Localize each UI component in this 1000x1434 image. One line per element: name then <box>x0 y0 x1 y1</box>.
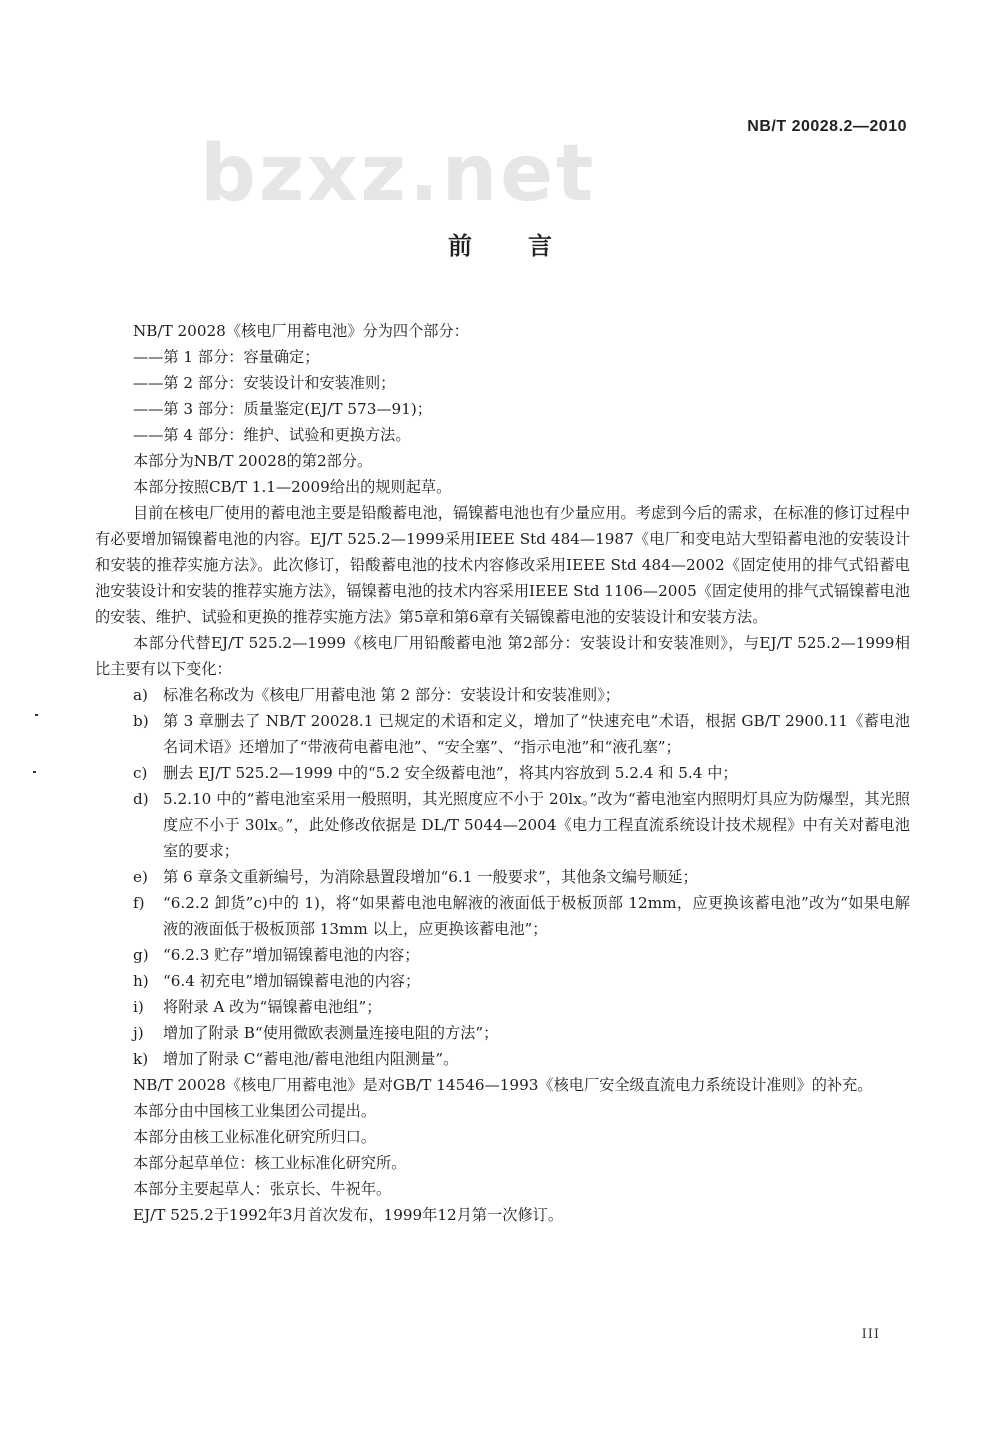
change-label: k) <box>133 1046 163 1072</box>
change-label: f) <box>133 890 163 942</box>
change-label: h) <box>133 968 163 994</box>
part-list-item: ——第 3 部分：质量鉴定(EJ/T 573—91)； <box>95 396 910 422</box>
change-item: a)标准名称改为《核电厂用蓄电池 第 2 部分：安装设计和安装准则》； <box>95 682 910 708</box>
title-char-1: 前 <box>448 226 472 261</box>
change-text: 标准名称改为《核电厂用蓄电池 第 2 部分：安装设计和安装准则》； <box>163 682 910 708</box>
change-label: d) <box>133 786 163 864</box>
change-item: i)将附录 A 改为“镉镍蓄电池组”； <box>95 994 910 1020</box>
change-text: 增加了附录 B“使用微欧表测量连接电阻的方法”； <box>163 1020 910 1046</box>
centralized-by: 本部分由核工业标准化研究所归口。 <box>95 1124 910 1150</box>
change-item: h)“6.4 初充电”增加镉镍蓄电池的内容； <box>95 968 910 994</box>
change-text: 删去 EJ/T 525.2—1999 中的“5.2 安全级蓄电池”，将其内容放到… <box>163 760 910 786</box>
change-label: e) <box>133 864 163 890</box>
standard-code: NB/T 20028.2—2010 <box>747 118 907 136</box>
change-item: c)删去 EJ/T 525.2—1999 中的“5.2 安全级蓄电池”，将其内容… <box>95 760 910 786</box>
change-item: g)“6.2.3 贮存”增加镉镍蓄电池的内容； <box>95 942 910 968</box>
drafting-unit: 本部分起草单位：核工业标准化研究所。 <box>95 1150 910 1176</box>
change-text: 5.2.10 中的“蓄电池室采用一般照明，其光照度应不小于 20lx。”改为“蓄… <box>163 786 910 864</box>
page-title: 前言 <box>0 226 1000 261</box>
change-text: 将附录 A 改为“镉镍蓄电池组”； <box>163 994 910 1020</box>
change-text: “6.2.2 卸货”c)中的 1)，将“如果蓄电池电解液的液面低于极板顶部 12… <box>163 890 910 942</box>
change-item: b)第 3 章删去了 NB/T 20028.1 已规定的术语和定义，增加了“快速… <box>95 708 910 760</box>
intro-paragraph: NB/T 20028《核电厂用蓄电池》分为四个部分： <box>95 318 910 344</box>
change-label: i) <box>133 994 163 1020</box>
change-item: j)增加了附录 B“使用微欧表测量连接电阻的方法”； <box>95 1020 910 1046</box>
change-label: a) <box>133 682 163 708</box>
this-part-paragraph: 本部分为NB/T 20028的第2部分。 <box>95 448 910 474</box>
history: EJ/T 525.2于1992年3月首次发布，1999年12月第一次修订。 <box>95 1202 910 1228</box>
change-item: e)第 6 章条文重新编号，为消除悬置段增加“6.1 一般要求”，其他条文编号顺… <box>95 864 910 890</box>
change-label: g) <box>133 942 163 968</box>
change-label: j) <box>133 1020 163 1046</box>
change-item: f)“6.2.2 卸货”c)中的 1)，将“如果蓄电池电解液的液面低于极板顶部 … <box>95 890 910 942</box>
scan-artifact-mark <box>33 771 36 773</box>
change-text: 第 6 章条文重新编号，为消除悬置段增加“6.1 一般要求”，其他条文编号顺延； <box>163 864 910 890</box>
supplement-paragraph: NB/T 20028《核电厂用蓄电池》是对GB/T 14546—1993《核电厂… <box>95 1072 910 1098</box>
scan-artifact-mark <box>35 714 38 716</box>
part-list-item: ——第 4 部分：维护、试验和更换方法。 <box>95 422 910 448</box>
change-item: k)增加了附录 C“蓄电池/蓄电池组内阻测量”。 <box>95 1046 910 1072</box>
change-text: “6.2.3 贮存”增加镉镍蓄电池的内容； <box>163 942 910 968</box>
change-text: “6.4 初充电”增加镉镍蓄电池的内容； <box>163 968 910 994</box>
page-number: III <box>862 1327 880 1342</box>
change-text: 第 3 章删去了 NB/T 20028.1 已规定的术语和定义，增加了“快速充电… <box>163 708 910 760</box>
change-label: b) <box>133 708 163 760</box>
drafters: 本部分主要起草人：张京长、牛祝年。 <box>95 1176 910 1202</box>
watermark: bzxz.net <box>200 135 596 213</box>
part-list-item: ——第 1 部分：容量确定； <box>95 344 910 370</box>
background-paragraph: 目前在核电厂使用的蓄电池主要是铅酸蓄电池，镉镍蓄电池也有少量应用。考虑到今后的需… <box>95 500 910 630</box>
foreword-body: NB/T 20028《核电厂用蓄电池》分为四个部分： ——第 1 部分：容量确定… <box>95 318 910 1228</box>
part-list-item: ——第 2 部分：安装设计和安装准则； <box>95 370 910 396</box>
title-char-2: 言 <box>528 226 552 261</box>
drafting-rule-paragraph: 本部分按照CB/T 1.1—2009给出的规则起草。 <box>95 474 910 500</box>
change-item: d)5.2.10 中的“蓄电池室采用一般照明，其光照度应不小于 20lx。”改为… <box>95 786 910 864</box>
change-label: c) <box>133 760 163 786</box>
change-text: 增加了附录 C“蓄电池/蓄电池组内阻测量”。 <box>163 1046 910 1072</box>
replaces-paragraph: 本部分代替EJ/T 525.2—1999《核电厂用铅酸蓄电池 第2部分：安装设计… <box>95 630 910 682</box>
proposed-by: 本部分由中国核工业集团公司提出。 <box>95 1098 910 1124</box>
